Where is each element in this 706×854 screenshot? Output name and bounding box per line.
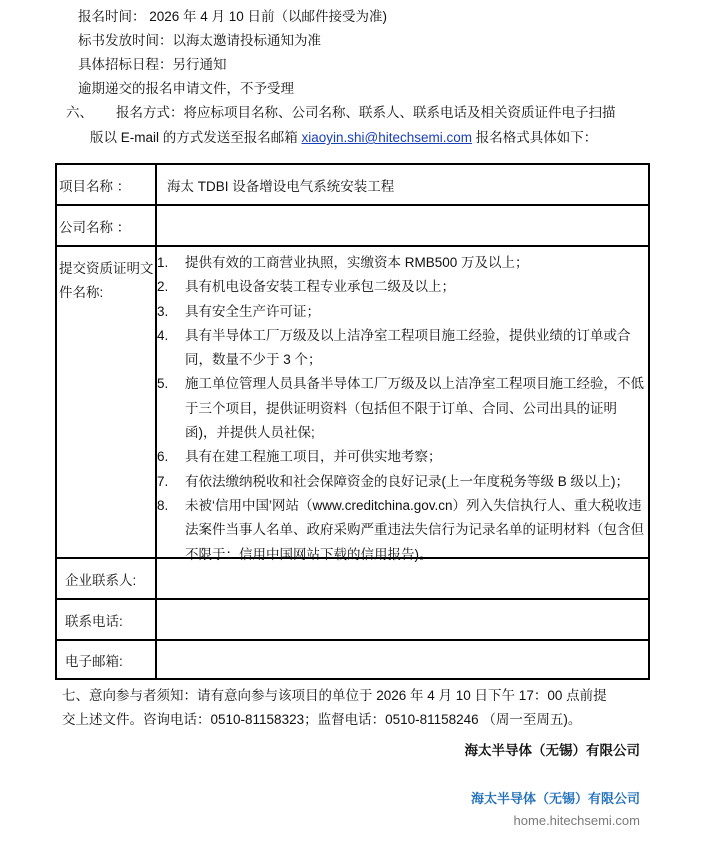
- requirement-text: 有依法缴纳税收和社会保障资金的良好记录(上一年度税务等级 B 级以上)；: [185, 470, 648, 494]
- email-field[interactable]: [157, 641, 648, 678]
- project-name-label: 项目名称 ：: [57, 165, 157, 204]
- late-submission-notice: 逾期递交的报名申请文件，不予受理: [78, 80, 294, 98]
- requirements-list: 1.提供有效的工商营业执照，实缴资本 RMB500 万及以上； 2.具有机电设备…: [157, 251, 648, 567]
- qualification-label-line2: 件名称:: [59, 281, 103, 305]
- row-company-name: 公司名称 ：: [57, 204, 648, 245]
- requirement-number: 6.: [157, 445, 185, 469]
- doc-release-time: 标书发放时间：以海太邀请投标通知为准: [78, 32, 321, 50]
- requirement-item: 3.具有安全生产许可证；: [157, 300, 648, 324]
- requirement-number: 5.: [157, 372, 185, 445]
- qualification-label: 提交资质证明文 件名称:: [57, 247, 157, 557]
- qualification-list-cell: 1.提供有效的工商营业执照，实缴资本 RMB500 万及以上； 2.具有机电设备…: [157, 247, 648, 557]
- registration-form-table: 项目名称 ： 海太 TDBI 设备增设电气系统安装工程 公司名称 ： 提交资质证…: [55, 163, 650, 680]
- company-name-field[interactable]: [157, 206, 648, 245]
- row-phone: 联系电话:: [57, 598, 648, 639]
- requirement-item: 1.提供有效的工商营业执照，实缴资本 RMB500 万及以上；: [157, 251, 648, 275]
- section-6-number: 六、: [66, 104, 93, 122]
- section-6-line2: 版以 E-mail 的方式发送至报名邮箱 xiaoyin.shi@hitechs…: [90, 129, 597, 147]
- row-qualifications: 提交资质证明文 件名称: 1.提供有效的工商营业执照，实缴资本 RMB500 万…: [57, 245, 648, 557]
- signature-company: 海太半导体（无锡）有限公司: [465, 742, 641, 760]
- phone-field[interactable]: [157, 600, 648, 639]
- row-contact-person: 企业联系人:: [57, 557, 648, 598]
- company-name-label: 公司名称 ：: [57, 206, 157, 245]
- qualification-label-line1: 提交资质证明文: [59, 257, 154, 281]
- requirement-item: 8.未被‘信用中国’网站（www.creditchina.gov.cn）列入失信…: [157, 494, 648, 567]
- requirement-number: 7.: [157, 470, 185, 494]
- contact-person-field[interactable]: [157, 559, 648, 598]
- section-6-line1: 报名方式：将应标项目名称、公司名称、联系人、联系电话及相关资质证件电子扫描: [116, 104, 616, 122]
- section-6-prefix: 版以 E-mail 的方式发送至报名邮箱: [90, 130, 302, 145]
- requirement-number: 2.: [157, 275, 185, 299]
- requirement-text: 具有半导体工厂万级及以上洁净室工程项目施工经验，提供业绩的订单或合同，数量不少于…: [185, 324, 648, 373]
- row-project-name: 项目名称 ： 海太 TDBI 设备增设电气系统安装工程: [57, 165, 648, 204]
- section-7-line1: 七、意向参与者须知：请有意向参与该项目的单位于 2026 年 4 月 10 日下…: [62, 687, 607, 705]
- tender-schedule: 具体招标日程：另行通知: [78, 56, 227, 74]
- requirement-item: 2.具有机电设备安装工程专业承包二级及以上；: [157, 275, 648, 299]
- row-email: 电子邮箱:: [57, 639, 648, 678]
- registration-deadline: 报名时间： 2026 年 4 月 10 日前（以邮件接受为准): [78, 8, 387, 26]
- requirement-text: 未被‘信用中国’网站（www.creditchina.gov.cn）列入失信执行…: [185, 494, 648, 567]
- requirement-text: 具有在建工程施工项目，并可供实地考察；: [185, 445, 648, 469]
- requirement-number: 1.: [157, 251, 185, 275]
- requirement-number: 8.: [157, 494, 185, 567]
- section-7-line2: 交上述文件。咨询电话：0510-81158323；监督电话：0510-81158…: [62, 711, 581, 729]
- requirement-text: 施工单位管理人员具备半导体工厂万级及以上洁净室工程项目施工经验，不低于三个项目，…: [185, 372, 648, 445]
- email-label: 电子邮箱:: [57, 641, 157, 678]
- phone-label: 联系电话:: [57, 600, 157, 639]
- requirement-number: 4.: [157, 324, 185, 373]
- footer-brand-name: 海太半导体（无锡）有限公司: [471, 790, 640, 808]
- requirement-number: 3.: [157, 300, 185, 324]
- project-name-value: 海太 TDBI 设备增设电气系统安装工程: [157, 165, 648, 204]
- registration-email-link[interactable]: xiaoyin.shi@hitechsemi.com: [302, 130, 473, 145]
- requirement-text: 具有安全生产许可证；: [185, 300, 648, 324]
- contact-person-label: 企业联系人:: [57, 559, 157, 598]
- requirement-item: 4.具有半导体工厂万级及以上洁净室工程项目施工经验，提供业绩的订单或合同，数量不…: [157, 324, 648, 373]
- requirement-item: 5.施工单位管理人员具备半导体工厂万级及以上洁净室工程项目施工经验，不低于三个项…: [157, 372, 648, 445]
- requirement-text: 提供有效的工商营业执照，实缴资本 RMB500 万及以上；: [185, 251, 648, 275]
- footer-url[interactable]: home.hitechsemi.com: [514, 812, 640, 830]
- requirement-item: 7.有依法缴纳税收和社会保障资金的良好记录(上一年度税务等级 B 级以上)；: [157, 470, 648, 494]
- requirement-text: 具有机电设备安装工程专业承包二级及以上；: [185, 275, 648, 299]
- requirement-item: 6.具有在建工程施工项目，并可供实地考察；: [157, 445, 648, 469]
- section-6-suffix: 报名格式具体如下：: [472, 130, 597, 145]
